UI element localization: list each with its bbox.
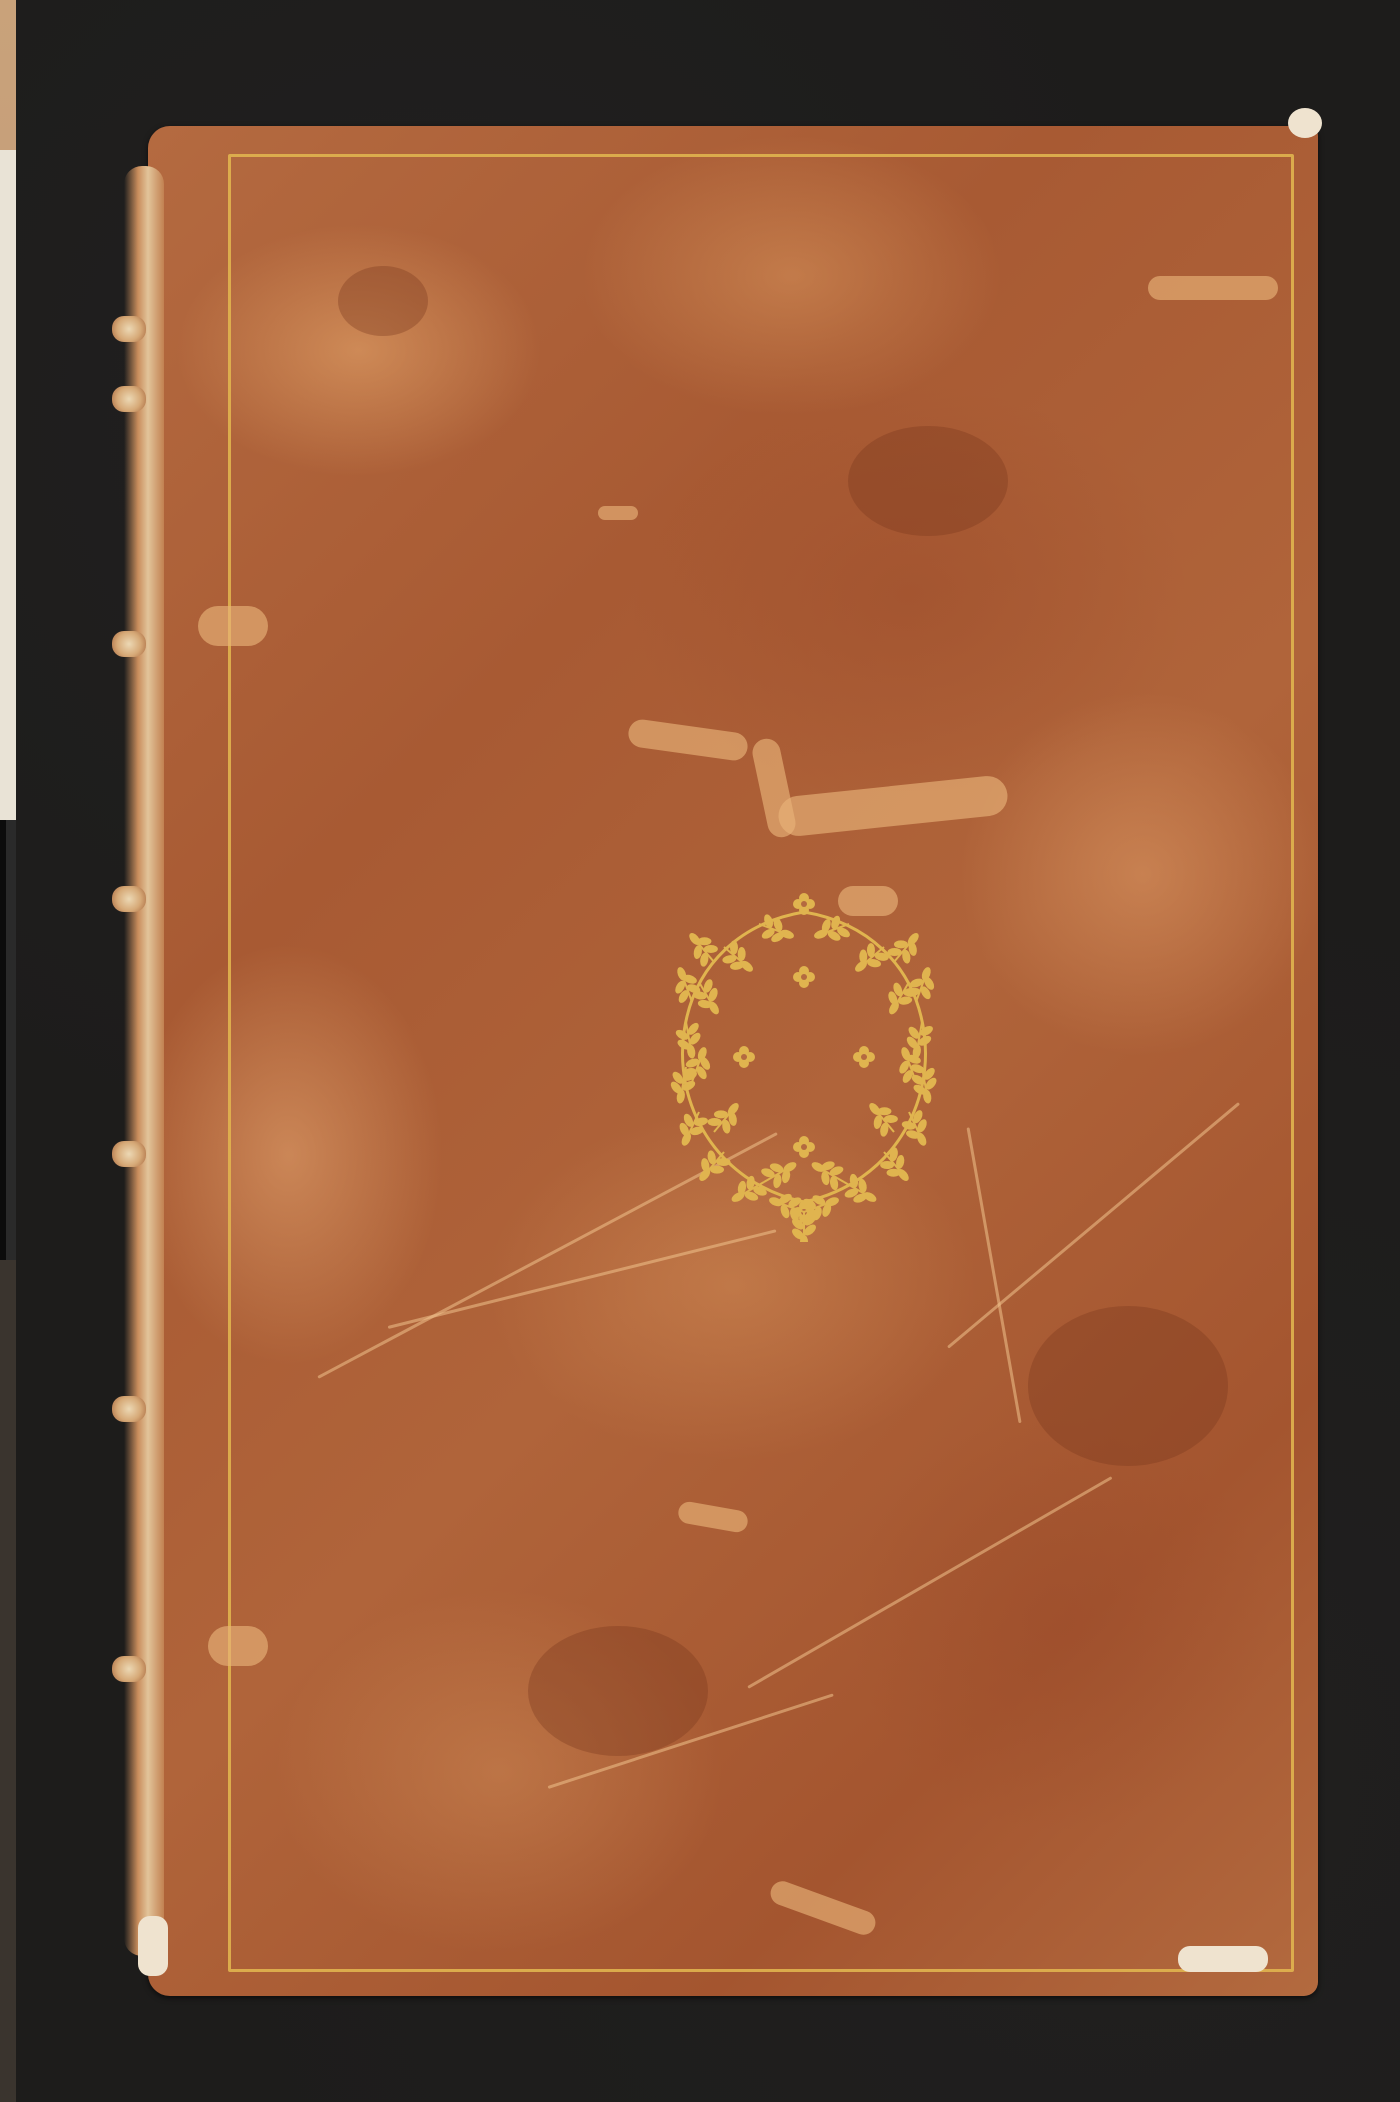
frayed-spine-edge [124,166,164,1956]
scuff-mark [1148,276,1278,300]
worn-corner [138,1916,168,1976]
stain [338,266,428,336]
spine-band [112,886,146,912]
book-cover [148,126,1318,1996]
laurel-wreath-ornament [654,882,954,1242]
scuff-mark [598,506,638,520]
spine-band [112,1141,146,1167]
stain [528,1626,708,1756]
spine-band [112,631,146,657]
spine-band [112,386,146,412]
scuff-mark [208,1626,268,1666]
spine-band [112,1656,146,1682]
scuff-mark [198,606,268,646]
worn-corner [1178,1946,1268,1972]
spine-band [112,316,146,342]
spine-band [112,1396,146,1422]
worn-corner [1288,108,1322,138]
stain [848,426,1008,536]
stain [1028,1306,1228,1466]
table-edge-shadow [0,820,6,1260]
photo-scene [0,0,1400,2102]
